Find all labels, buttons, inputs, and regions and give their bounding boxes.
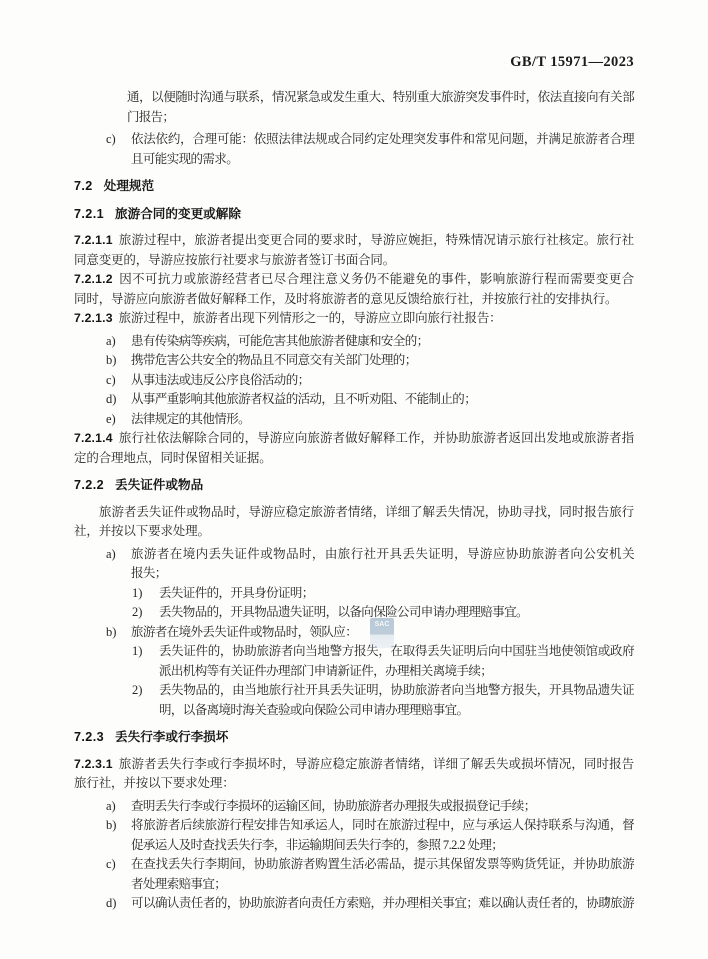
text-line: 丢失证件的，协助旅游者向当地警方报失，在取得丢失证明后向中国驻当地使领馆或政府 — [159, 642, 634, 662]
list-marker: 2) — [132, 681, 142, 701]
paragraph-number: 7.2.1.3 — [74, 311, 113, 325]
paragraph: 7.2.3.1旅游者丢失行李或行李损坏时，导游应稳定旅游者情绪，详细了解丢失或损… — [74, 755, 634, 794]
heading-number: 7.2.1 — [74, 207, 104, 221]
list-marker: d) — [106, 894, 116, 914]
text-line: 派出机构等有关证件办理部门申请新证件，办理相关离境手续； — [159, 662, 634, 682]
text-line: 且可能实现的需求。 — [131, 150, 634, 170]
text-line: 社，并按以下要求处理。 — [74, 522, 634, 542]
text-line: 携带危害公共安全的物品且不同意交有关部门处理的； — [131, 351, 634, 371]
text-line: 法律规定的其他情形。 — [131, 410, 634, 430]
text-line: 7.2.3.1旅游者丢失行李或行李损坏时，导游应稳定旅游者情绪，详细了解丢失或损… — [74, 755, 634, 775]
text-line: 丢失物品的，开具物品遗失证明，以备向保险公司申请办理理赔事宜。 — [159, 603, 634, 623]
heading-number: 7.2.3 — [74, 730, 104, 744]
list-item: 2)丢失物品的，由当地旅行社开具丢失证明，协助旅游者向当地警方报失，开具物品遗失… — [74, 681, 634, 720]
text-line: 可以确认责任者的，协助旅游者向责任方索赔，并办理相关事宜；难以确认责任者的，协助… — [131, 894, 634, 914]
list-item: a)患有传染病等疾病，可能危害其他旅游者健康和安全的； — [74, 332, 634, 352]
text-line: 丢失证件的，开具身份证明； — [159, 584, 634, 604]
watermark-label: SAC — [375, 621, 390, 628]
list-marker: a) — [106, 332, 116, 352]
section-heading: 7.2.3丢失行李或行李损坏 — [74, 728, 634, 748]
list-marker: b) — [106, 816, 116, 836]
paragraph: 旅游者丢失证件或物品时，导游应稳定旅游者情绪，详细了解丢失情况，协助寻找，同时报… — [74, 503, 634, 542]
text-line: 旅行社，并按以下要求处理： — [74, 774, 634, 794]
standard-code-header: GB/T 15971—2023 — [510, 54, 634, 71]
text-line: 定的合理地点，同时保留相关证据。 — [74, 449, 634, 469]
list-item: c)依法依约，合理可能：依照法律法规或合同约定处理突发事件和常见问题，并满足旅游… — [74, 130, 634, 169]
text-line: 在查找丢失行李期间，协助旅游者购置生活必需品，提示其保留发票等购货凭证，并协助旅… — [131, 855, 634, 875]
text-line: 者处理索赔事宜； — [131, 875, 634, 895]
text-line: 患有传染病等疾病，可能危害其他旅游者健康和安全的； — [131, 332, 634, 352]
text-line: 促承运人及时查找丢失行李，非运输期间丢失行李的，参照 7.2.2 处理； — [131, 836, 634, 856]
text-line: 7.2.1.1旅游过程中，旅游者提出变更合同的要求时，导游应婉拒，特殊情况请示旅… — [74, 231, 634, 251]
paragraph-number: 7.2.1.1 — [74, 233, 113, 247]
list-marker: d) — [106, 390, 116, 410]
document-content: 通，以便随时沟通与联系，情况紧急或发生重大、特别重大旅游突发事件时，依法直接向有… — [74, 88, 634, 914]
paragraph-number: 7.2.1.2 — [74, 272, 113, 286]
paragraph: 7.2.1.3旅游过程中，旅游者出现下列情形之一的，导游应立即向旅行社报告： — [74, 309, 634, 329]
list-item: 1)丢失证件的，开具身份证明； — [74, 584, 634, 604]
paragraph: 7.2.1.2因不可抗力或旅游经营者已尽合理注意义务仍不能避免的事件，影响旅游行… — [74, 270, 634, 309]
section-heading: 7.2.2丢失证件或物品 — [74, 476, 634, 496]
list-item: c)从事违法或违反公序良俗活动的； — [74, 371, 634, 391]
text-line: 通，以便随时沟通与联系，情况紧急或发生重大、特别重大旅游突发事件时，依法直接向有… — [127, 88, 634, 108]
text-line: 7.2.1.2因不可抗力或旅游经营者已尽合理注意义务仍不能避免的事件，影响旅游行… — [74, 270, 634, 290]
heading-title: 处理规范 — [104, 179, 154, 193]
list-item: a)查明丢失行李或行李损坏的运输区间，协助旅游者办理报失或报损登记手续； — [74, 797, 634, 817]
heading-title: 丢失行李或行李损坏 — [115, 730, 228, 744]
list-item: 2)丢失物品的，开具物品遗失证明，以备向保险公司申请办理理赔事宜。 — [74, 603, 634, 623]
text-line: 7.2.1.3旅游过程中，旅游者出现下列情形之一的，导游应立即向旅行社报告： — [74, 309, 634, 329]
paragraph: 7.2.1.1旅游过程中，旅游者提出变更合同的要求时，导游应婉拒，特殊情况请示旅… — [74, 231, 634, 270]
section-heading: 7.2.1旅游合同的变更或解除 — [74, 205, 634, 225]
heading-title: 旅游合同的变更或解除 — [115, 207, 241, 221]
list-item: e)法律规定的其他情形。 — [74, 410, 634, 430]
text-line: 从事违法或违反公序良俗活动的； — [131, 371, 634, 391]
text-line: 依法依约，合理可能：依照法律法规或合同约定处理突发事件和常见问题，并满足旅游者合… — [131, 130, 634, 150]
text-line: 明，以备离境时海关查验或向保险公司申请办理理赔事宜。 — [159, 701, 634, 721]
section-heading: 7.2处理规范 — [74, 177, 634, 197]
text-line: 门报告； — [127, 108, 634, 128]
text-line: 同时，导游应向旅游者做好解释工作，及时将旅游者的意见反馈给旅行社，并按旅行社的安… — [74, 290, 634, 310]
list-marker: e) — [106, 410, 116, 430]
heading-number: 7.2 — [74, 179, 93, 193]
text-line: 7.2.1.4旅行社依法解除合同的，导游应向旅游者做好解释工作，并协助旅游者返回… — [74, 429, 634, 449]
list-item: b)旅游者在境外丢失证件或物品时，领队应： — [74, 623, 634, 643]
list-item: 1)丢失证件的，协助旅游者向当地警方报失，在取得丢失证明后向中国驻当地使领馆或政… — [74, 642, 634, 681]
list-item: a)旅游者在境内丢失证件或物品时，由旅行社开具丢失证明，导游应协助旅游者向公安机… — [74, 545, 634, 584]
paragraph-number: 7.2.1.4 — [74, 431, 113, 445]
list-marker: b) — [106, 351, 116, 371]
paragraph-number: 7.2.3.1 — [74, 757, 113, 771]
heading-number: 7.2.2 — [74, 478, 104, 492]
list-marker: c) — [106, 130, 116, 150]
list-marker: 1) — [132, 642, 142, 662]
text-line: 旅游者在境内丢失证件或物品时，由旅行社开具丢失证明，导游应协助旅游者向公安机关 — [131, 545, 634, 565]
list-item: d)从事严重影响其他旅游者权益的活动，且不听劝阻、不能制止的； — [74, 390, 634, 410]
list-marker: a) — [106, 797, 116, 817]
list-marker: 1) — [132, 584, 142, 604]
text-line: 同意变更的，导游应按旅行社要求与旅游者签订书面合同。 — [74, 251, 634, 271]
text-line: 旅游者丢失证件或物品时，导游应稳定旅游者情绪，详细了解丢失情况，协助寻找，同时报… — [74, 503, 634, 523]
text-line: 将旅游者后续旅游行程安排告知承运人，同时在旅游过程中，应与承运人保持联系与沟通，… — [131, 816, 634, 836]
page-number: 7 — [604, 894, 611, 910]
list-marker: a) — [106, 545, 116, 565]
list-marker: c) — [106, 371, 116, 391]
document-page: GB/T 15971—2023 通，以便随时沟通与联系，情况紧急或发生重大、特别… — [0, 0, 708, 959]
text-line: 从事严重影响其他旅游者权益的活动，且不听劝阻、不能制止的； — [131, 390, 634, 410]
paragraph: 通，以便随时沟通与联系，情况紧急或发生重大、特别重大旅游突发事件时，依法直接向有… — [74, 88, 634, 127]
text-line: 丢失物品的，由当地旅行社开具丢失证明，协助旅游者向当地警方报失，开具物品遗失证 — [159, 681, 634, 701]
watermark-sac-fragment: SAC — [370, 618, 394, 648]
list-item: c)在查找丢失行李期间，协助旅游者购置生活必需品，提示其保留发票等购货凭证，并协… — [74, 855, 634, 894]
text-line: 报失； — [131, 564, 634, 584]
list-item: b)携带危害公共安全的物品且不同意交有关部门处理的； — [74, 351, 634, 371]
list-marker: b) — [106, 623, 116, 643]
heading-title: 丢失证件或物品 — [115, 478, 203, 492]
list-marker: c) — [106, 855, 116, 875]
paragraph: 7.2.1.4旅行社依法解除合同的，导游应向旅游者做好解释工作，并协助旅游者返回… — [74, 429, 634, 468]
list-item: b)将旅游者后续旅游行程安排告知承运人，同时在旅游过程中，应与承运人保持联系与沟… — [74, 816, 634, 855]
list-marker: 2) — [132, 603, 142, 623]
list-item: d)可以确认责任者的，协助旅游者向责任方索赔，并办理相关事宜；难以确认责任者的，… — [74, 894, 634, 914]
text-line: 查明丢失行李或行李损坏的运输区间，协助旅游者办理报失或报损登记手续； — [131, 797, 634, 817]
